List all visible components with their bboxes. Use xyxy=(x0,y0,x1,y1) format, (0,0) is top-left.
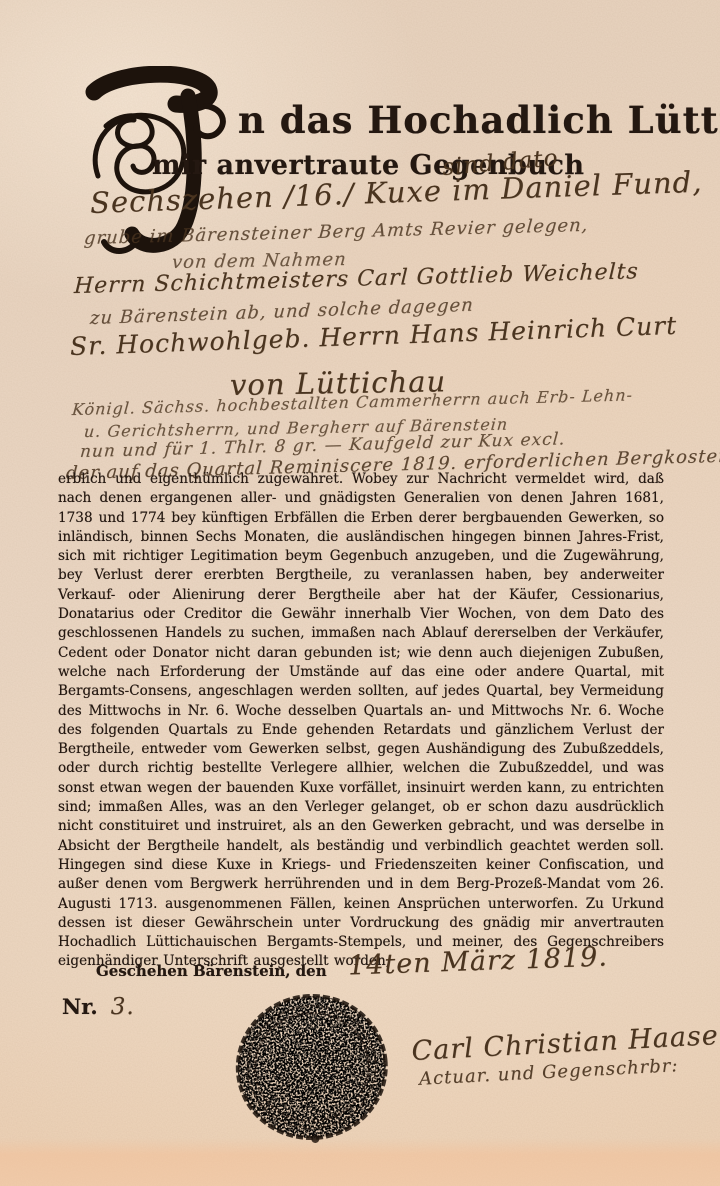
manuscript-block: Sechszehen /16./ Kuxe im Daniel Fund, gr… xyxy=(60,186,680,486)
number-handwritten: 3. xyxy=(111,994,135,1020)
manuscript-line-grube: grube im Bärensteiner Berg Amts Revier g… xyxy=(83,215,589,249)
legal-paragraph: erblich und eigenthümlich zugewähret. Wo… xyxy=(58,470,664,972)
manuscript-line-weichelt: Herrn Schichtmeisters Carl Gottlieb Weic… xyxy=(73,259,639,299)
document-page: n das Hochadlich Lüttichauische mir anve… xyxy=(0,0,720,1186)
number-label: Nr. xyxy=(62,994,98,1019)
dateline-printed: Geschehen Bärenstein, den xyxy=(96,962,327,980)
ink-stamp-seal-icon xyxy=(224,985,399,1153)
dateline: Geschehen Bärenstein, den 14ten März 181… xyxy=(96,952,608,983)
document-number: Nr. 3. xyxy=(62,994,135,1020)
page-title: n das Hochadlich Lüttichauische xyxy=(238,98,720,142)
signature-block: Carl Christian Haase Actuar. und Gegensc… xyxy=(411,1020,720,1090)
paper-fold-discoloration xyxy=(0,1138,720,1186)
